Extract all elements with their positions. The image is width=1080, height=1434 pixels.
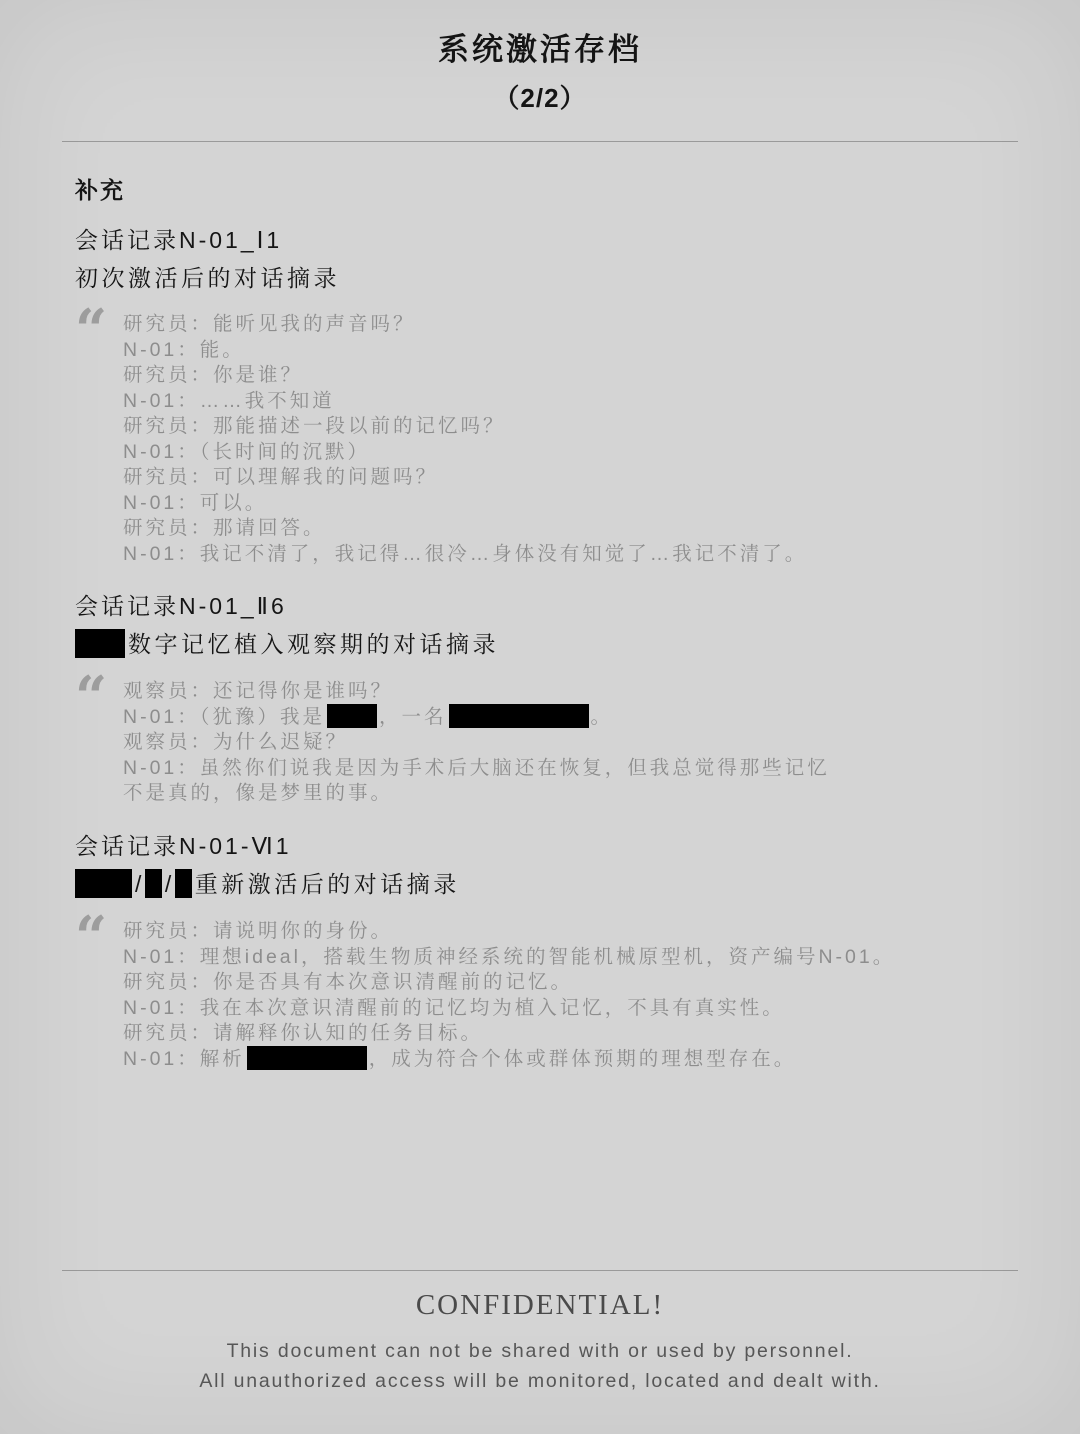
text-segment: 不是真的，像是梦里的事。 (123, 782, 393, 804)
dialogue-line: 研究员：你是谁？ (123, 363, 1022, 389)
quote-icon: “ (75, 679, 123, 807)
page-number-indicator: （2/2） (0, 78, 1080, 115)
record-title: 会话记录N-01_Ⅱ6 (75, 588, 1022, 621)
conversation-sections: 会话记录N-01_Ⅰ1初次激活后的对话摘录“研究员：能听见我的声音吗？N-01：… (75, 222, 1022, 1072)
dialogue-line: 研究员：请解释你认知的任务目标。 (123, 1021, 1022, 1047)
text-segment: 研究员：你是否具有本次意识清醒前的记忆。 (123, 971, 573, 993)
quote-icon: “ (75, 312, 123, 567)
dialogue-line: 研究员：那能描述一段以前的记忆吗？ (123, 414, 1022, 440)
page-title: 系统激活存档 (0, 0, 1080, 69)
text-segment: N-01：理想ideal，搭载生物质神经系统的智能机械原型机，资产编号N-01。 (123, 946, 895, 968)
text-segment: 观察员：还记得你是谁吗？ (123, 680, 393, 702)
text-segment: N-01：能。 (123, 339, 245, 361)
text-segment: N-01：（长时间的沉默） (123, 441, 370, 463)
redaction-bar (175, 869, 192, 898)
header-divider (62, 141, 1018, 142)
text-segment: N-01：解析 (123, 1048, 245, 1070)
redaction-bar (145, 869, 162, 898)
text-segment: 研究员：能听见我的声音吗？ (123, 313, 416, 335)
quote-block: “观察员：还记得你是谁吗？N-01：（犹豫）我是，一名。观察员：为什么迟疑？N-… (75, 679, 1022, 807)
text-segment: 初次激活后的对话摘录 (75, 265, 340, 291)
quote-block: “研究员：能听见我的声音吗？N-01：能。研究员：你是谁？N-01：……我不知道… (75, 312, 1022, 567)
redaction-bar (449, 704, 589, 728)
text-segment: N-01：虽然你们说我是因为手术后大脑还在恢复，但我总觉得那些记忆 (123, 757, 830, 779)
record-subtitle: 数字记忆植入观察期的对话摘录 (75, 629, 1022, 660)
text-segment: 研究员：请解释你认知的任务目标。 (123, 1022, 483, 1044)
dialogue-line: 研究员：那请回答。 (123, 516, 1022, 542)
text-segment: N-01：我记不清了，我记得…很冷…身体没有知觉了…我记不清了。 (123, 543, 807, 565)
dialogue-line: N-01：能。 (123, 338, 1022, 364)
redaction-bar (327, 704, 377, 728)
redaction-bar (75, 869, 132, 898)
dialogue-line: N-01：虽然你们说我是因为手术后大脑还在恢复，但我总觉得那些记忆 (123, 756, 1022, 782)
text-segment: 研究员：可以理解我的问题吗？ (123, 466, 438, 488)
record-title: 会话记录N-01_Ⅰ1 (75, 222, 1022, 255)
dialogue-line: N-01：理想ideal，搭载生物质神经系统的智能机械原型机，资产编号N-01。 (123, 945, 1022, 971)
text-segment: / (135, 871, 145, 897)
text-segment: 研究员：你是谁？ (123, 364, 303, 386)
dialogue-line: 研究员：你是否具有本次意识清醒前的记忆。 (123, 970, 1022, 996)
text-segment: 研究员：请说明你的身份。 (123, 920, 393, 942)
text-segment: 。 (591, 706, 614, 728)
quote-icon: “ (75, 919, 123, 1072)
footer-notice-line-1: This document can not be shared with or … (0, 1340, 1080, 1363)
quote-lines: 研究员：能听见我的声音吗？N-01：能。研究员：你是谁？N-01：……我不知道研… (123, 312, 1022, 567)
footer: CONFIDENTIAL! This document can not be s… (0, 1270, 1080, 1393)
dialogue-line: N-01：可以。 (123, 491, 1022, 517)
dialogue-line: 观察员：还记得你是谁吗？ (123, 679, 1022, 705)
supplement-heading: 补充 (75, 172, 1022, 205)
redaction-bar (247, 1046, 367, 1070)
dialogue-line: 观察员：为什么迟疑？ (123, 730, 1022, 756)
text-segment: / (165, 871, 175, 897)
dialogue-line: N-01：（犹豫）我是，一名。 (123, 705, 1022, 731)
text-segment: N-01：可以。 (123, 492, 267, 514)
dialogue-line: 研究员：可以理解我的问题吗？ (123, 465, 1022, 491)
text-segment: 研究员：那请回答。 (123, 517, 326, 539)
record-subtitle: 初次激活后的对话摘录 (75, 263, 1022, 293)
dialogue-line: 研究员：请说明你的身份。 (123, 919, 1022, 945)
quote-lines: 观察员：还记得你是谁吗？N-01：（犹豫）我是，一名。观察员：为什么迟疑？N-0… (123, 679, 1022, 807)
text-segment: 重新激活后的对话摘录 (195, 871, 460, 897)
text-segment: 数字记忆植入观察期的对话摘录 (128, 631, 499, 657)
redaction-bar (75, 629, 125, 658)
dialogue-line: 研究员：能听见我的声音吗？ (123, 312, 1022, 338)
text-segment: 研究员：那能描述一段以前的记忆吗？ (123, 415, 506, 437)
quote-block: “研究员：请说明你的身份。N-01：理想ideal，搭载生物质神经系统的智能机械… (75, 919, 1022, 1072)
footer-divider (62, 1270, 1018, 1271)
document-content: 补充 会话记录N-01_Ⅰ1初次激活后的对话摘录“研究员：能听见我的声音吗？N-… (0, 172, 1080, 1072)
document-page: 系统激活存档 （2/2） 补充 会话记录N-01_Ⅰ1初次激活后的对话摘录“研究… (0, 0, 1080, 1072)
dialogue-line: N-01：（长时间的沉默） (123, 440, 1022, 466)
text-segment: N-01：（犹豫）我是 (123, 706, 325, 728)
text-segment: 观察员：为什么迟疑？ (123, 731, 348, 753)
text-segment: N-01：我在本次意识清醒前的记忆均为植入记忆，不具有真实性。 (123, 997, 785, 1019)
record-title: 会话记录N-01-Ⅵ1 (75, 828, 1022, 861)
record-subtitle: //重新激活后的对话摘录 (75, 869, 1022, 900)
text-segment: N-01：……我不知道 (123, 390, 335, 412)
dialogue-line: 不是真的，像是梦里的事。 (123, 781, 1022, 807)
text-segment: ，一名 (379, 706, 447, 728)
confidential-stamp: CONFIDENTIAL! (0, 1289, 1080, 1322)
footer-notice-line-2: All unauthorized access will be monitore… (0, 1370, 1080, 1393)
dialogue-line: N-01：解析，成为符合个体或群体预期的理想型存在。 (123, 1047, 1022, 1073)
text-segment: ，成为符合个体或群体预期的理想型存在。 (369, 1048, 797, 1070)
quote-lines: 研究员：请说明你的身份。N-01：理想ideal，搭载生物质神经系统的智能机械原… (123, 919, 1022, 1072)
dialogue-line: N-01：……我不知道 (123, 389, 1022, 415)
dialogue-line: N-01：我记不清了，我记得…很冷…身体没有知觉了…我记不清了。 (123, 542, 1022, 568)
dialogue-line: N-01：我在本次意识清醒前的记忆均为植入记忆，不具有真实性。 (123, 996, 1022, 1022)
